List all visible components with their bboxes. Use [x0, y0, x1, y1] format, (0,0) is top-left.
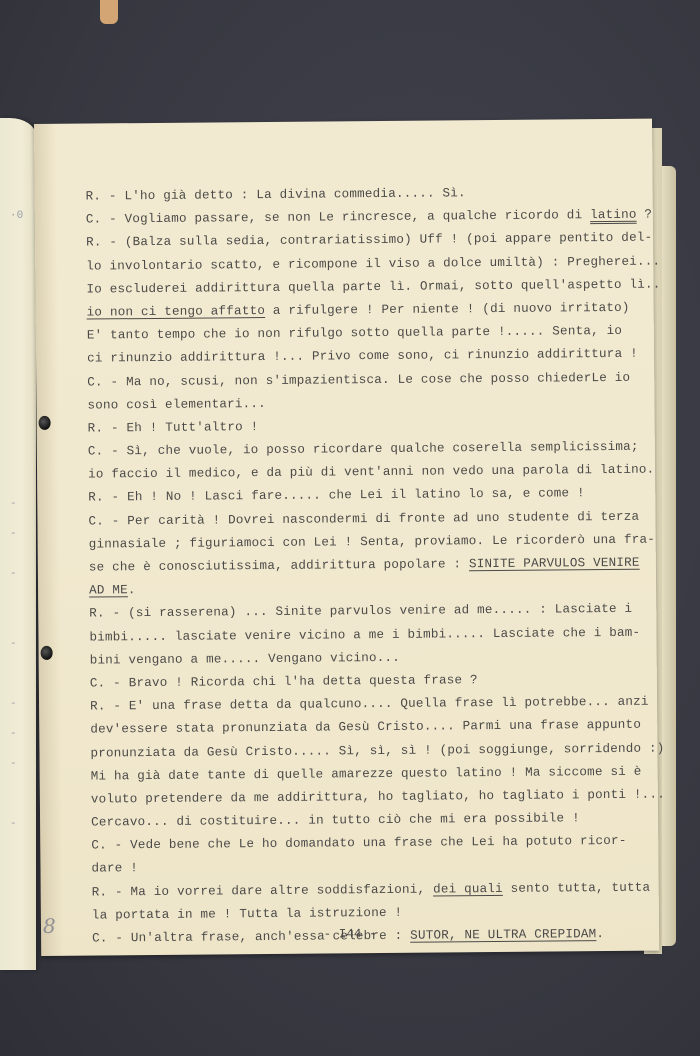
line-text: C. - Bravo ! Ricorda chi l'ha detta ques…	[90, 673, 478, 690]
line-text: dare !	[91, 862, 138, 876]
line-text: R. - E' una frase detta da qualcuno.... …	[90, 695, 649, 714]
line-text: Io escluderei addirittura quella parte l…	[86, 277, 660, 296]
dialogue-text: R. - L'ho già detto : La divina commedia…	[86, 181, 653, 951]
line-text: sono così elementari...	[87, 397, 266, 413]
line-text: C. - Vogliamo passare, se non Le rincres…	[86, 208, 590, 226]
facing-page-mark: -	[10, 698, 17, 710]
text-line: C. - Ma no, scusi, non s'impazientisca. …	[87, 366, 647, 394]
facing-page-mark: ·0	[10, 210, 23, 222]
text-line: bimbi..... lasciate venire vicino a me i…	[89, 621, 649, 649]
line-text: pronunziata da Gesù Cristo..... Sì, sì, …	[90, 741, 664, 760]
line-text: R. - (si rasserena) ... Sinite parvulos …	[89, 602, 632, 621]
underlined-text: latino	[590, 208, 637, 222]
facing-page-mark: -	[10, 568, 17, 580]
line-text: C. - Vede bene che Le ho domandato una f…	[91, 834, 626, 853]
line-text: a rifulgere ! Per niente ! (di nuovo irr…	[265, 301, 630, 318]
text-line: R. - Ma io vorrei dare altre soddisfazio…	[92, 876, 652, 904]
underlined-text: AD ME	[89, 583, 128, 597]
line-text: Mi ha già date tante di quelle amarezze …	[91, 764, 642, 783]
underlined-text: SINITE PARVULOS VENIRE	[469, 556, 640, 571]
line-text: C. - Sì, che vuole, io posso ricordare q…	[88, 440, 639, 459]
line-text: ginnasiale ; figuriamoci con Lei ! Senta…	[89, 532, 655, 551]
underlined-text: dei quali	[433, 882, 503, 897]
line-text: voluto pretendere da me addirittura, ho …	[91, 787, 665, 806]
binder-tab	[100, 0, 118, 24]
facing-page-mark: -	[10, 758, 17, 770]
line-text: dev'essere stata pronunziata da Gesù Cri…	[90, 718, 641, 737]
facing-page-mark: -	[10, 528, 17, 540]
line-text: sento tutta, tutta	[503, 880, 651, 895]
line-text: bini vengano a me..... Vengano vicino...	[90, 651, 400, 668]
line-text: io faccio il medico, e da più di vent'an…	[88, 463, 654, 482]
line-text: R. - Ma io vorrei dare altre soddisfazio…	[92, 882, 433, 899]
line-text: C. - Per carità ! Dovrei nascondermi di …	[88, 509, 639, 528]
line-text: R. - Eh ! No ! Lasci fare..... che Lei i…	[88, 487, 585, 505]
underlined-text: io non ci tengo affatto	[87, 304, 266, 320]
line-text: ?	[637, 208, 653, 222]
line-text: Cercavo... di costituire... in tutto ciò…	[91, 811, 580, 829]
line-text: R. - Eh ! Tutt'altro !	[88, 420, 259, 435]
line-text: R. - L'ho già detto : La divina commedia…	[86, 186, 466, 203]
line-text: lo involontario scatto, e ricompone il v…	[86, 254, 660, 273]
line-text: ci rinunzio addirittura !... Privo come …	[87, 347, 638, 366]
binding-hole	[41, 646, 53, 660]
line-text: se che è conosciutissima, addirittura po…	[89, 557, 469, 574]
line-text: la portata in me ! Tutta la istruzione !	[92, 906, 402, 923]
facing-page-mark: -	[10, 728, 17, 740]
line-text: .	[128, 583, 136, 597]
facing-page-mark: -	[10, 818, 17, 830]
line-text: E' tanto tempo che io non rifulgo sotto …	[87, 324, 622, 343]
line-text: bimbi..... lasciate venire vicino a me i…	[89, 625, 640, 644]
typewritten-page: R. - L'ho già detto : La divina commedia…	[34, 119, 659, 956]
binding-hole	[39, 416, 51, 430]
line-text: R. - (Balza sulla sedia, contrariatissim…	[86, 231, 652, 250]
facing-page-mark: -	[10, 498, 17, 510]
facing-page-mark: -	[10, 638, 17, 650]
facing-page-left: ·0 - - - - - - - -	[0, 118, 36, 970]
line-text: C. - Ma no, scusi, non s'impazientisca. …	[87, 370, 630, 389]
